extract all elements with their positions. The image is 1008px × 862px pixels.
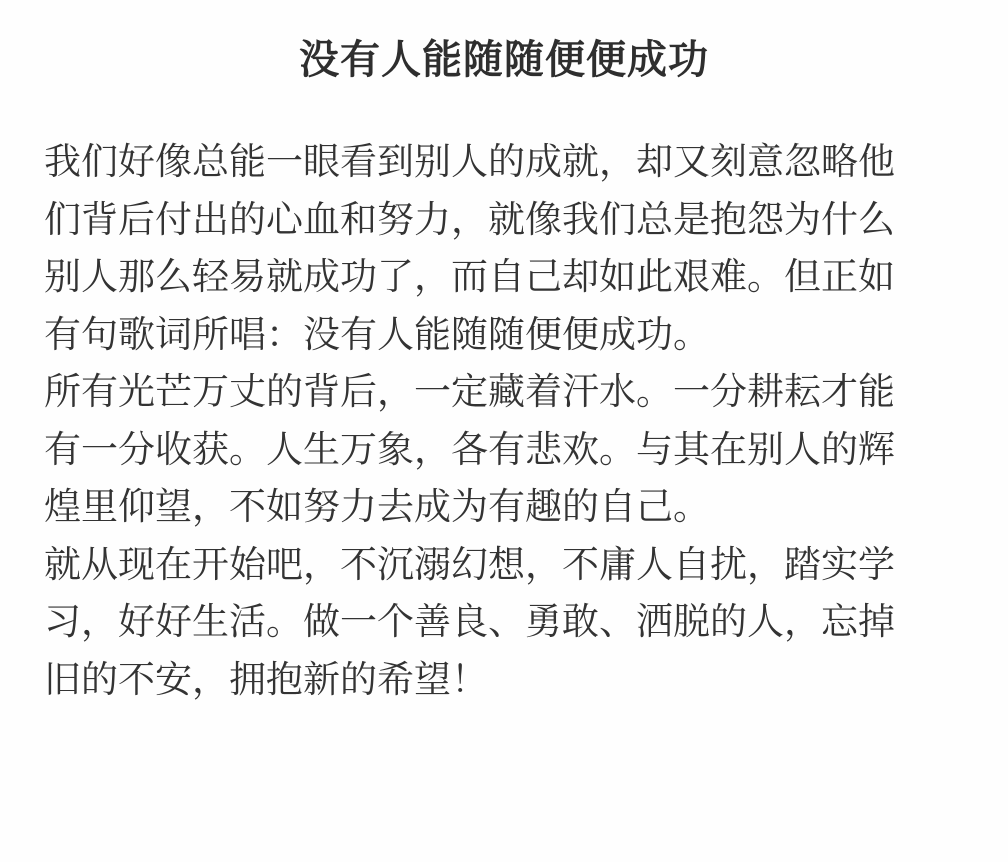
paragraph-3-line-3: 旧的不安，拥抱新的希望！: [44, 651, 974, 709]
paragraph-1-line-4: 有句歌词所唱：没有人能随随便便成功。: [44, 306, 974, 364]
paragraph-1-line-3: 别人那么轻易就成功了，而自己却如此艰难。但正如: [44, 248, 974, 306]
paragraph-2-line-1: 所有光芒万丈的背后，一定藏着汗水。一分耕耘才能: [44, 363, 974, 421]
paragraph-2-line-2: 有一分收获。人生万象，各有悲欢。与其在别人的辉: [44, 421, 974, 479]
paragraph-1-line-1: 我们好像总能一眼看到别人的成就，却又刻意忽略他: [44, 133, 974, 191]
document-title: 没有人能随随便便成功: [0, 34, 1008, 86]
paragraph-2-line-3: 煌里仰望，不如努力去成为有趣的自己。: [44, 478, 974, 536]
paragraph-1-line-2: 们背后付出的心血和努力，就像我们总是抱怨为什么: [44, 191, 974, 249]
paragraph-3-line-2: 习，好好生活。做一个善良、勇敢、洒脱的人，忘掉: [44, 593, 974, 651]
paragraph-3-line-1: 就从现在开始吧，不沉溺幻想，不庸人自扰，踏实学: [44, 536, 974, 594]
document-body: 我们好像总能一眼看到别人的成就，却又刻意忽略他 们背后付出的心血和努力，就像我们…: [44, 133, 974, 708]
